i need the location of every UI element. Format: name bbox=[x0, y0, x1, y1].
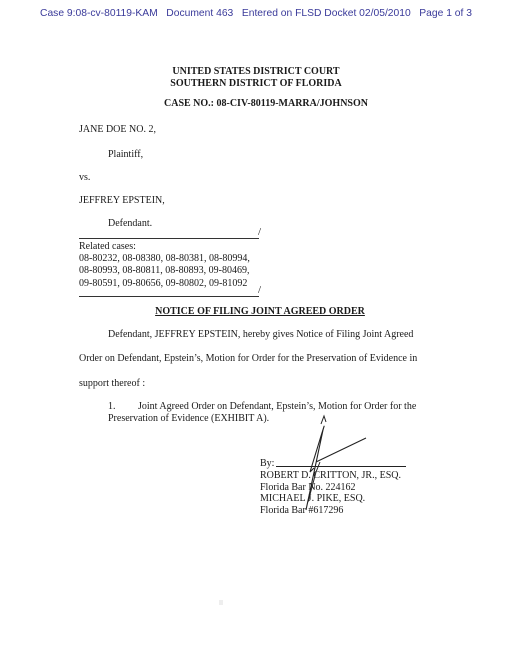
document-page: Case 9:08-cv-80119-KAM Document 463 Ente… bbox=[0, 0, 512, 663]
related-cases-line: 08-80232, 08-08380, 08-80381, 08-80994, bbox=[79, 253, 250, 265]
court-name: UNITED STATES DISTRICT COURT bbox=[0, 66, 512, 78]
item-number: 1. bbox=[108, 401, 116, 412]
attorney-bar-number: Florida Bar #617296 bbox=[260, 505, 401, 517]
scan-artifact bbox=[219, 600, 223, 605]
attorney-name: ROBERT D. CRITTON, JR., ESQ. bbox=[260, 470, 401, 482]
related-divider bbox=[79, 296, 259, 297]
plaintiff-role: Plaintiff, bbox=[108, 149, 143, 160]
plaintiff-name: JANE DOE NO. 2, bbox=[79, 124, 156, 135]
related-slash: / bbox=[258, 284, 261, 296]
notice-paragraph-line: support thereof : bbox=[79, 378, 145, 389]
related-cases: Related cases: 08-80232, 08-08380, 08-80… bbox=[79, 241, 250, 290]
item-text-continued: Preservation of Evidence (EXHIBIT A). bbox=[108, 413, 269, 424]
defendant-name: JEFFREY EPSTEIN, bbox=[79, 195, 165, 206]
court-district: SOUTHERN DISTRICT OF FLORIDA bbox=[0, 78, 512, 90]
caption-divider bbox=[79, 238, 259, 239]
related-cases-label: Related cases: bbox=[79, 241, 250, 253]
versus: vs. bbox=[79, 172, 90, 183]
docket-header-stamp: Case 9:08-cv-80119-KAM Document 463 Ente… bbox=[0, 8, 512, 19]
notice-paragraph-line: Order on Defendant, Epstein’s, Motion fo… bbox=[79, 353, 417, 364]
defendant-role: Defendant. bbox=[108, 218, 152, 229]
case-number: CASE NO.: 08-CIV-80119-MARRA/JOHNSON bbox=[0, 98, 512, 109]
related-cases-line: 08-80993, 08-80811, 08-80893, 09-80469, bbox=[79, 265, 250, 277]
signature-block: By: ROBERT D. CRITTON, JR., ESQ. Florida… bbox=[260, 458, 401, 517]
court-heading: UNITED STATES DISTRICT COURT SOUTHERN DI… bbox=[0, 66, 512, 90]
notice-title: NOTICE OF FILING JOINT AGREED ORDER bbox=[0, 306, 512, 317]
by-label: By: bbox=[260, 458, 401, 470]
attorney-name: MICHAEL J. PIKE, ESQ. bbox=[260, 493, 401, 505]
related-cases-line: 09-80591, 09-80656, 09-80802, 09-81092 bbox=[79, 278, 250, 290]
attorney-bar-number: Florida Bar No. 224162 bbox=[260, 482, 401, 494]
caption-slash: / bbox=[258, 226, 261, 238]
notice-paragraph-line: Defendant, JEFFREY EPSTEIN, hereby gives… bbox=[108, 329, 413, 340]
